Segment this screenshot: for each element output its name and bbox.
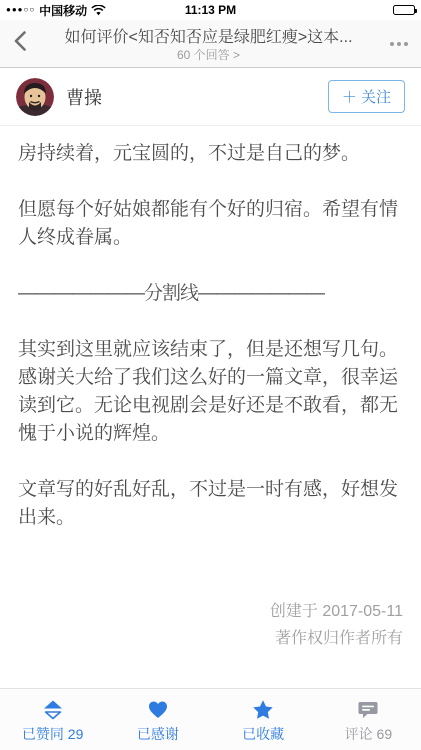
answer-paragraph: 文章写的好乱好乱，不过是一时有感，好想发出来。 xyxy=(18,476,403,532)
favorite-label: 已收藏 xyxy=(242,724,284,744)
answer-body: 房持续着，元宝圆的，不过是自己的梦。 但愿每个好姑娘都能有个好的归宿。希望有情人… xyxy=(0,126,421,532)
thanks-label: 已感谢 xyxy=(137,724,179,744)
answer-page: ●●●○○ 中国移动 11:13 PM xyxy=(0,0,421,750)
avatar[interactable] xyxy=(16,78,54,116)
answer-count-label: 60 个回答 > xyxy=(40,48,377,62)
back-button[interactable] xyxy=(0,20,40,68)
comment-bubble-icon xyxy=(356,699,380,721)
more-menu-button[interactable] xyxy=(377,20,421,68)
star-icon xyxy=(251,699,275,721)
status-bar: ●●●○○ 中国移动 11:13 PM xyxy=(0,0,421,20)
answer-meta: 创建于 2017-05-11 著作权归作者所有 xyxy=(0,598,421,652)
ellipsis-icon xyxy=(390,42,394,46)
created-date-label: 创建于 2017-05-11 xyxy=(18,598,403,625)
answer-paragraph: 房持续着，元宝圆的，不过是自己的梦。 xyxy=(18,140,403,168)
comment-label: 评论 69 xyxy=(345,724,392,744)
author-row: 曹操 ＋ 关注 xyxy=(0,68,421,126)
nav-bar: 如何评价<知否知否应是绿肥红瘦>这本... 60 个回答 > xyxy=(0,20,421,68)
follow-button[interactable]: ＋ 关注 xyxy=(328,80,405,113)
clock-label: 11:13 PM xyxy=(0,3,421,17)
answer-paragraph: 但愿每个好姑娘都能有个好的归宿。希望有情人终成眷属。 xyxy=(18,196,403,252)
question-header[interactable]: 如何评价<知否知否应是绿肥红瘦>这本... 60 个回答 > xyxy=(40,26,377,62)
status-right xyxy=(393,5,421,15)
thanks-button[interactable]: 已感谢 xyxy=(105,689,210,750)
copyright-label: 著作权归作者所有 xyxy=(18,625,403,652)
favorite-button[interactable]: 已收藏 xyxy=(211,689,316,750)
author-name[interactable]: 曹操 xyxy=(66,84,102,110)
battery-icon xyxy=(393,5,415,15)
chevron-left-icon xyxy=(14,31,26,56)
upvote-button[interactable]: 已赞同 29 xyxy=(0,689,105,750)
upvote-label: 已赞同 29 xyxy=(22,724,83,744)
question-title: 如何评价<知否知否应是绿肥红瘦>这本... xyxy=(40,28,377,48)
divider-text: ———————分割线——————— xyxy=(18,280,403,308)
vote-arrows-icon xyxy=(41,699,65,721)
ellipsis-icon xyxy=(397,42,401,46)
answer-paragraph: 其实到这里就应该结束了，但是还想写几句。感谢关大给了我们这么好的一篇文章，很幸运… xyxy=(18,336,403,448)
bottom-toolbar: 已赞同 29 已感谢 已收藏 xyxy=(0,688,421,750)
ellipsis-icon xyxy=(404,42,408,46)
heart-icon xyxy=(146,699,170,721)
comment-button[interactable]: 评论 69 xyxy=(316,689,421,750)
